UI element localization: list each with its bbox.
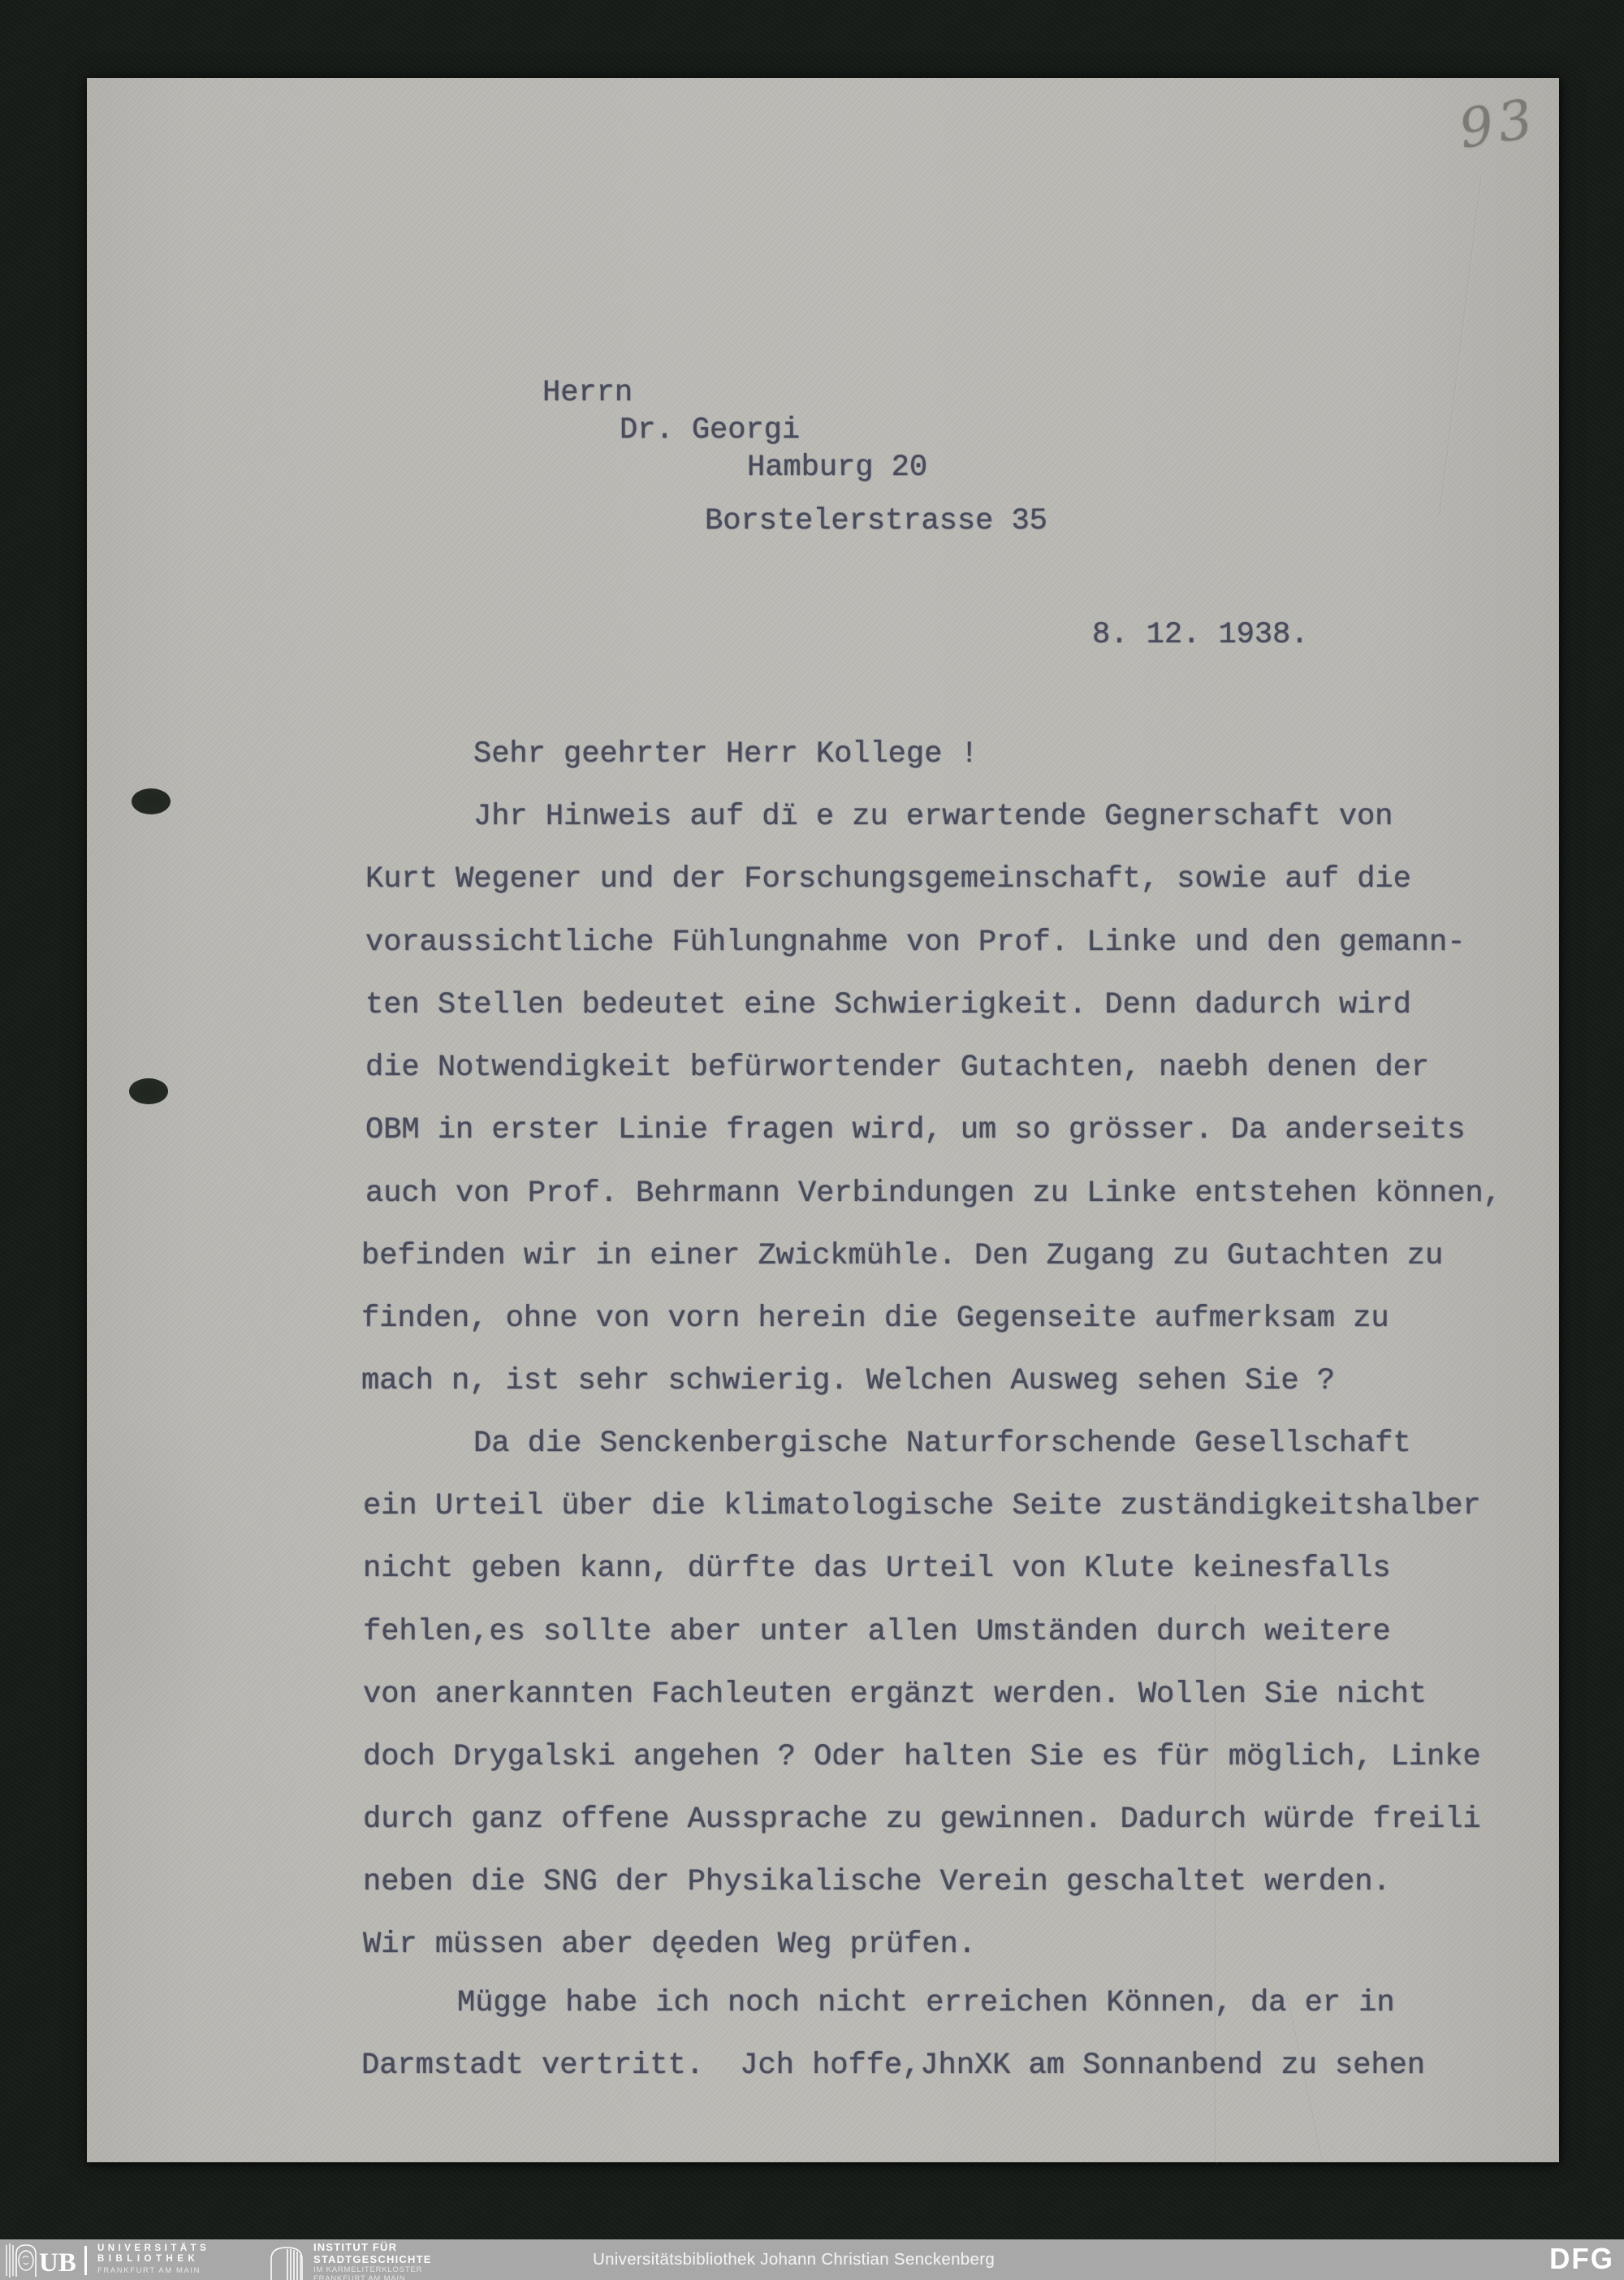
isg-text-line: IM KARMELITERKLOSTER [313,2265,432,2274]
letter-line: ten Stellen bedeutet eine Schwierigkeit.… [365,989,1411,1021]
letter-line: auch von Prof. Behrmann Verbindungen zu … [365,1177,1501,1210]
punch-hole-top [132,788,171,814]
ub-text-line: FRANKFURT AM MAIN [97,2265,209,2277]
address-line: Borstelerstrasse 35 [705,505,1047,538]
letter-line: doch Drygalski angehen ? Oder halten Sie… [363,1741,1481,1773]
isg-text-line: FRANKFURT AM MAIN [313,2274,432,2280]
letter-line: Darmstadt vertritt. Jch hoffe,JhnXK am S… [361,2049,1425,2082]
letter-line: Jhr Hinweis auf dï e zu erwartende Gegne… [473,801,1393,833]
letter-line: mach n, ist sehr schwierig. Welchen Ausw… [361,1365,1335,1397]
isg-text: INSTITUT FÜR STADTGESCHICHTE IM KARMELIT… [313,2242,432,2280]
address-line: Hamburg 20 [747,451,927,484]
library-attribution-text: Universitätsbibliothek Johann Christian … [593,2250,995,2269]
ub-logo-block: UB UNIVERSITÄTS BIBLIOTHEK FRANKFURT AM … [5,2242,209,2278]
letter-line: die Notwendigkeit befürwortender Gutacht… [365,1051,1429,1084]
handwritten-page-number: 93 [1455,87,1542,161]
letter-line: finden, ohne von vorn herein die Gegense… [361,1302,1389,1335]
attribution-bar: UB UNIVERSITÄTS BIBLIOTHEK FRANKFURT AM … [0,2239,1624,2280]
address-line: Herrn [542,377,633,409]
letter-line: Wir müssen aber dęeden Weg prüfen. [363,1928,976,1961]
ub-text-line: UNIVERSITÄTS [97,2243,209,2255]
paper-crease [1438,176,1483,515]
paper-smudge [79,1410,257,1783]
letter-line: von anerkannten Fachleuten ergänzt werde… [363,1678,1427,1711]
letter-line: voraussichtliche Fühlungnahme von Prof. … [365,926,1465,959]
letter-line: Da die Senckenbergische Naturforschende … [473,1427,1411,1460]
svg-text:UB: UB [39,2248,76,2278]
isg-text-line: INSTITUT FÜR [313,2242,432,2254]
letter-line: Sehr geehrter Herr Kollege ! [473,738,978,771]
letter-line: OBM in erster Linie fragen wird, um so g… [365,1114,1465,1146]
ub-text-line: BIBLIOTHEK [97,2254,209,2265]
scanned-letter-screenshot: { "annotations": { "page_number": "93" }… [0,0,1624,2280]
dfg-logo: DFG [1549,2243,1614,2277]
address-line: Dr. Georgi [620,414,800,447]
letter-line: Mügge habe ich noch nicht erreichen Könn… [457,1987,1395,2019]
punch-hole-bottom [129,1078,168,1104]
letter-date: 8. 12. 1938. [1092,619,1308,651]
isg-logo-block: INSTITUT FÜR STADTGESCHICHTE IM KARMELIT… [268,2242,432,2280]
letter-page: 93 Herrn Dr. Georgi Hamburg 20 Borsteler… [87,78,1559,2162]
letter-line: durch ganz offene Aussprache zu gewinnen… [363,1803,1481,1836]
isg-text-line: STADTGESCHICHTE [313,2254,432,2266]
isg-arch-logo-icon [268,2245,305,2280]
letter-line: ein Urteil über die klimatologische Seit… [363,1490,1481,1522]
letter-line: Kurt Wegener und der Forschungsgemeinsch… [365,863,1411,896]
letter-line: befinden wir in einer Zwickmühle. Den Zu… [361,1240,1443,1272]
letter-line: fehlen,es sollte aber unter allen Umstän… [363,1616,1391,1648]
ub-library-logo-icon: UB [5,2242,89,2278]
ub-library-text: UNIVERSITÄTS BIBLIOTHEK FRANKFURT AM MAI… [97,2243,209,2277]
letter-line: nicht geben kann, dürfte das Urteil von … [363,1552,1391,1585]
letter-line: neben die SNG der Physikalische Verein g… [363,1866,1391,1898]
